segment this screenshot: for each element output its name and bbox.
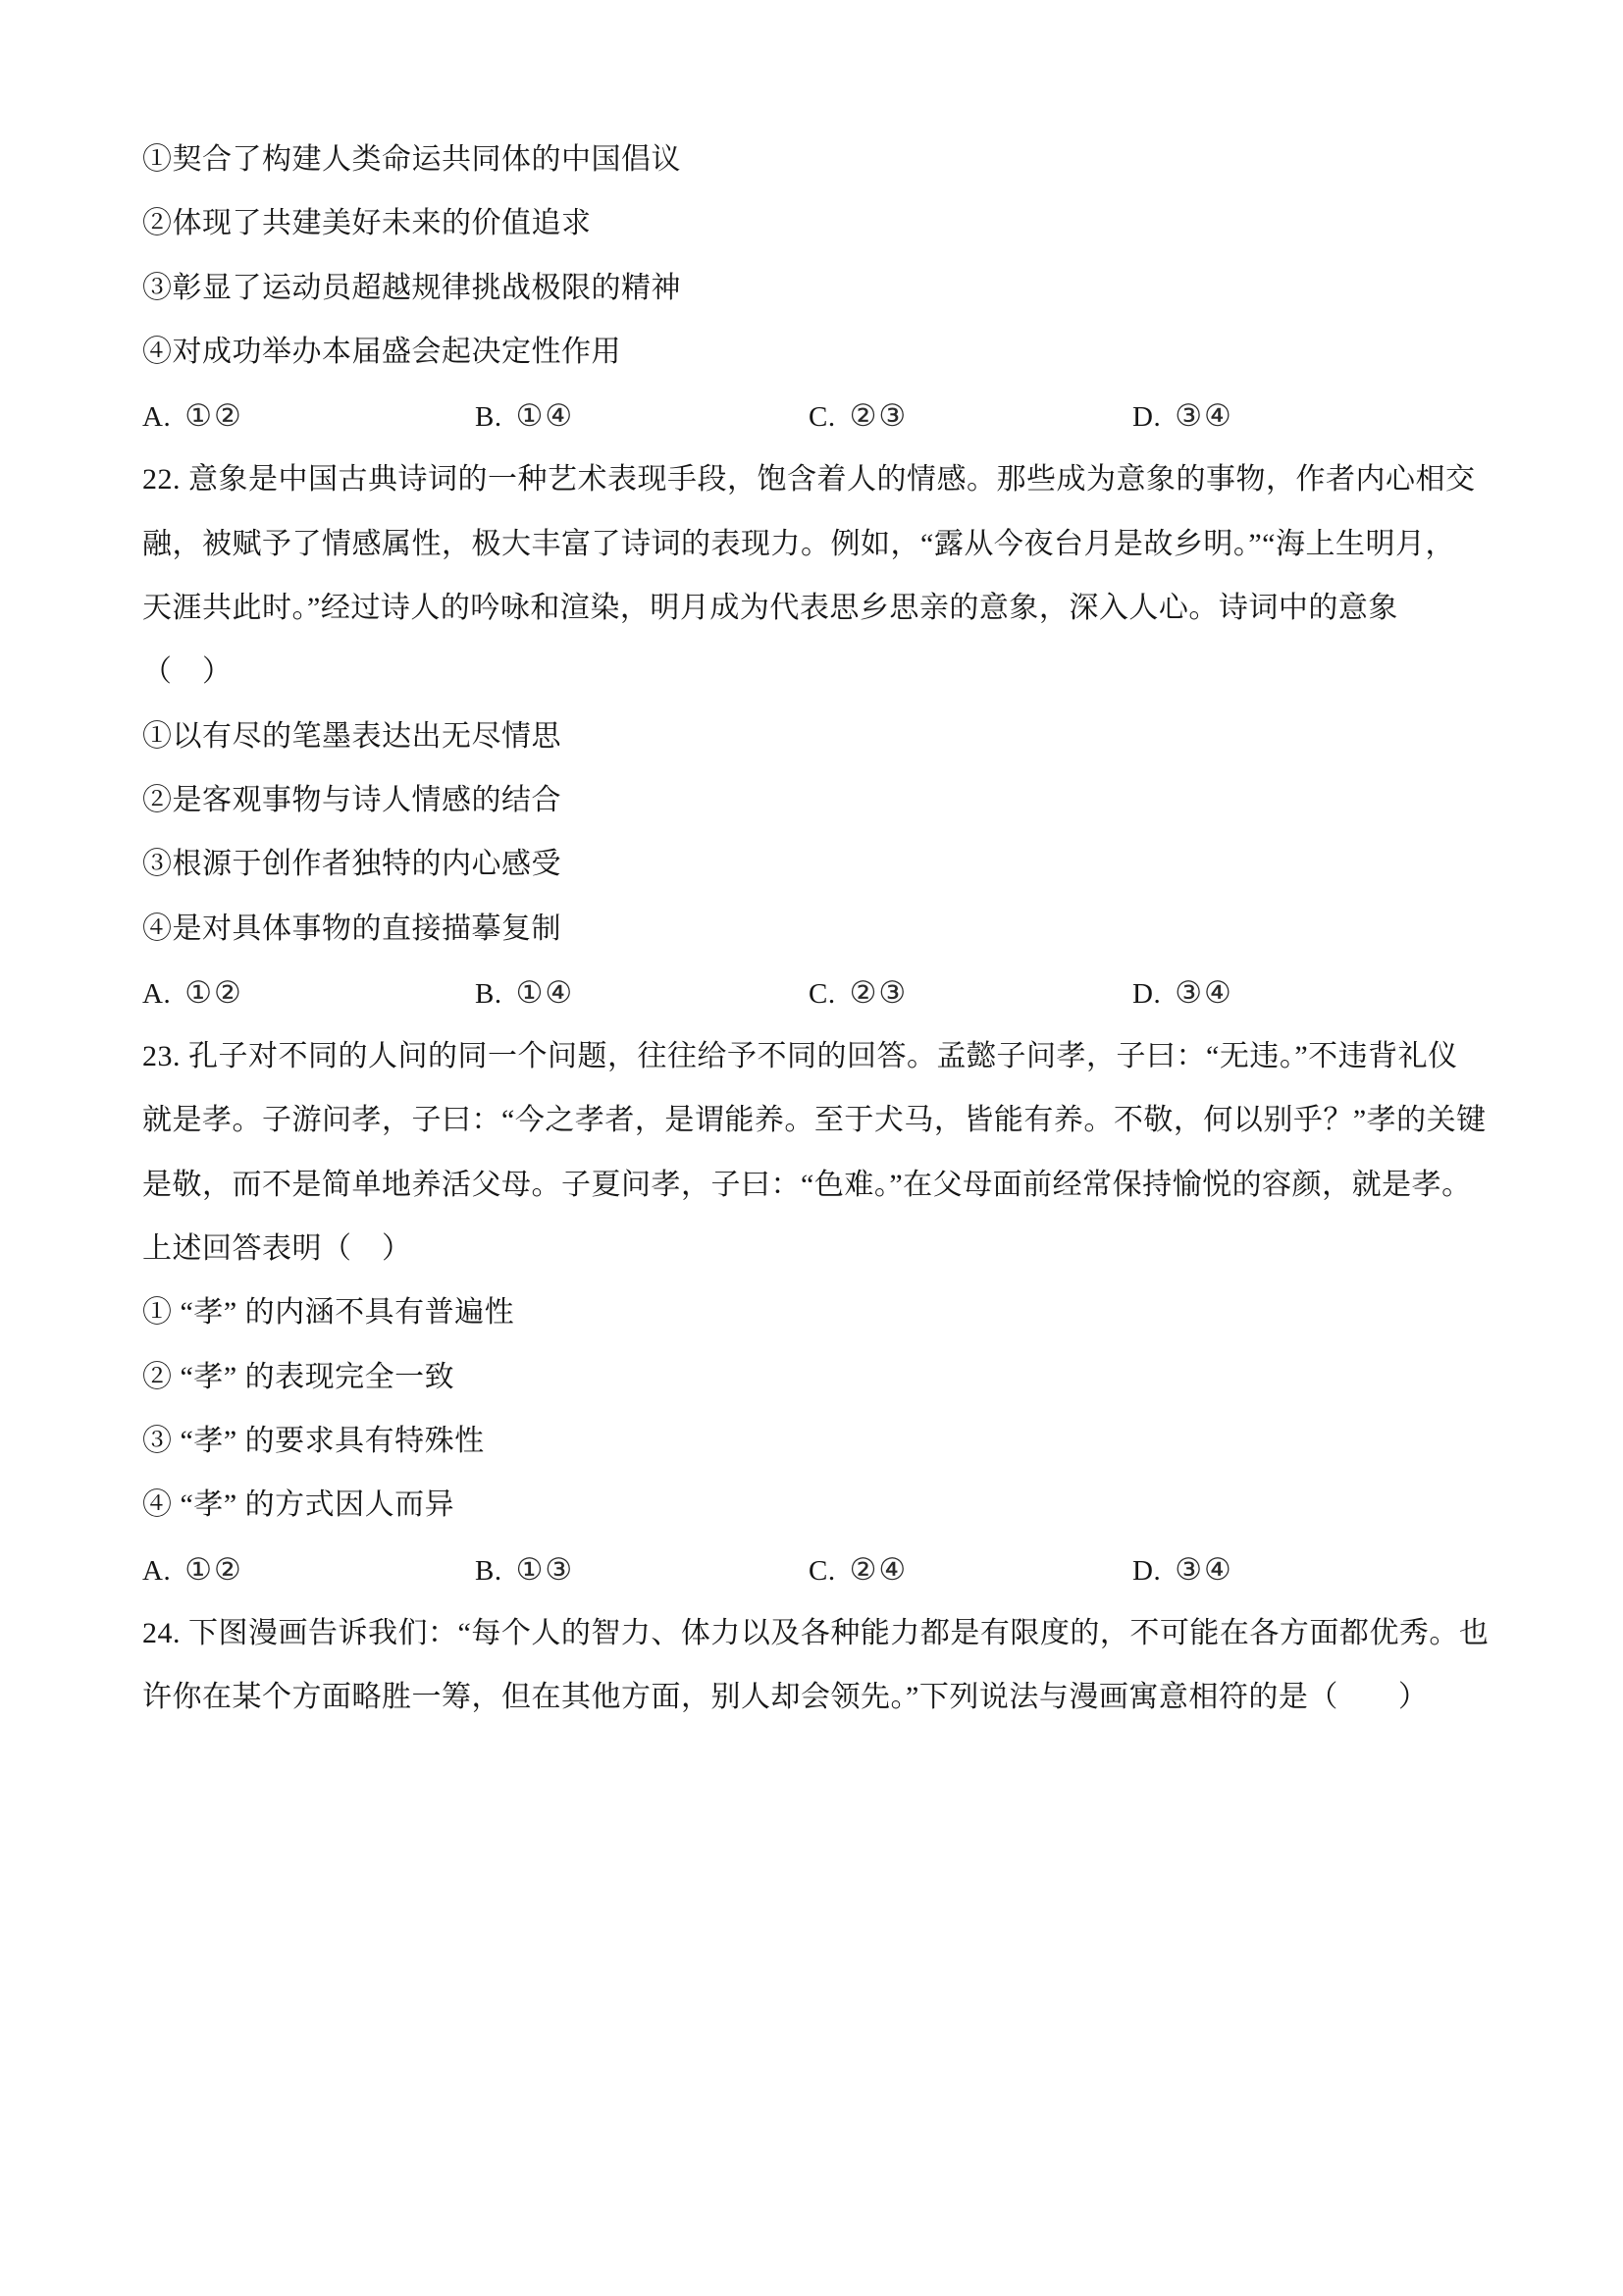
q23-item-2: ② “孝” 的表现完全一致 [142,1345,1496,1409]
q23-choice-a-label: A. [142,1555,171,1587]
q21-choice-c: C.②③ [809,384,908,447]
q23-choice-a: A.①② [142,1538,243,1601]
q22-choices-row: A.①② B.①④ C.②③ D.③④ [142,961,1496,1024]
q23-item-3: ③ “孝” 的要求具有特殊性 [142,1409,1496,1473]
q23-stem-line-4: 上述回答表明（ ） [142,1217,1496,1280]
q22-choice-d-label: D. [1132,978,1161,1010]
q23-choice-d-value: ③④ [1175,1552,1233,1587]
q21-choice-b-value: ①④ [516,398,575,433]
q22-choice-b-value: ①④ [516,975,575,1010]
q21-choice-a-label: A. [142,401,171,433]
q23-stem-line-1: 23. 孔子对不同的人问的同一个问题，往往给予不同的回答。孟懿子问孝，子曰：“无… [142,1024,1496,1088]
q24-stem-line-1: 24. 下图漫画告诉我们：“每个人的智力、体力以及各种能力都是有限度的，不可能在… [142,1601,1496,1665]
q22-stem-line-1: 22. 意象是中国古典诗词的一种艺术表现手段，饱含着人的情感。那些成为意象的事物… [142,447,1496,511]
q22-stem-line-4: （ ） [142,640,1496,704]
q21-choice-c-label: C. [809,401,836,433]
exam-content: ①契合了构建人类命运共同体的中国倡议 ②体现了共建美好未来的价值追求 ③彰显了运… [142,128,1496,1729]
q21-item-4: ④对成功举办本届盛会起决定性作用 [142,320,1496,384]
q24-stem-line-2: 许你在某个方面略胜一筹，但在其他方面，别人却会领先。”下列说法与漫画寓意相符的是… [142,1665,1496,1729]
q22-item-4: ④是对具体事物的直接描摹复制 [142,897,1496,961]
q21-item-2: ②体现了共建美好未来的价值追求 [142,191,1496,255]
q21-choice-c-value: ②③ [850,398,909,433]
q22-choice-d-value: ③④ [1175,975,1233,1010]
q22-stem-line-3: 天涯共此时。”经过诗人的吟咏和渲染，明月成为代表思乡思亲的意象，深入人心。诗词中… [142,576,1496,640]
q23-choice-b-label: B. [475,1555,502,1587]
q22-choice-a-value: ①② [184,975,243,1010]
q21-item-3: ③彰显了运动员超越规律挑战极限的精神 [142,256,1496,320]
q22-choice-a: A.①② [142,961,243,1024]
q23-stem-line-2: 就是孝。子游问孝，子曰：“今之孝者，是谓能养。至于犬马，皆能有养。不敬，何以别乎… [142,1088,1496,1152]
q22-item-2: ②是客观事物与诗人情感的结合 [142,768,1496,832]
q22-choice-a-label: A. [142,978,171,1010]
q23-choices-row: A.①② B.①③ C.②④ D.③④ [142,1538,1496,1601]
q22-choice-c-label: C. [809,978,836,1010]
exam-page: ①契合了构建人类命运共同体的中国倡议 ②体现了共建美好未来的价值追求 ③彰显了运… [0,0,1623,2296]
q23-choice-a-value: ①② [184,1552,243,1587]
q21-choice-b: B.①④ [475,384,574,447]
q23-stem-line-3: 是敬，而不是简单地养活父母。子夏问孝，子曰：“色难。”在父母面前经常保持愉悦的容… [142,1153,1496,1217]
q23-choice-c-label: C. [809,1555,836,1587]
q21-choice-d: D.③④ [1132,384,1233,447]
q21-item-1: ①契合了构建人类命运共同体的中国倡议 [142,128,1496,191]
q23-choice-d-label: D. [1132,1555,1161,1587]
q23-choice-d: D.③④ [1132,1538,1233,1601]
q22-stem-line-2: 融，被赋予了情感属性，极大丰富了诗词的表现力。例如，“露从今夜台月是故乡明。”“… [142,512,1496,576]
q22-item-1: ①以有尽的笔墨表达出无尽情思 [142,704,1496,768]
q23-choice-b: B.①③ [475,1538,574,1601]
q23-choice-c-value: ②④ [850,1552,909,1587]
q22-choice-c: C.②③ [809,961,908,1024]
q23-choice-b-value: ①③ [516,1552,575,1587]
q21-choice-a-value: ①② [184,398,243,433]
q22-choice-b-label: B. [475,978,502,1010]
q21-choice-b-label: B. [475,401,502,433]
q22-item-3: ③根源于创作者独特的内心感受 [142,832,1496,896]
q21-choices-row: A.①② B.①④ C.②③ D.③④ [142,384,1496,447]
q22-choice-d: D.③④ [1132,961,1233,1024]
q21-choice-d-value: ③④ [1175,398,1233,433]
q21-choice-a: A.①② [142,384,243,447]
q22-choice-b: B.①④ [475,961,574,1024]
q21-choice-d-label: D. [1132,401,1161,433]
q22-choice-c-value: ②③ [850,975,909,1010]
q23-item-1: ① “孝” 的内涵不具有普遍性 [142,1280,1496,1344]
q23-choice-c: C.②④ [809,1538,908,1601]
q23-item-4: ④ “孝” 的方式因人而异 [142,1473,1496,1537]
